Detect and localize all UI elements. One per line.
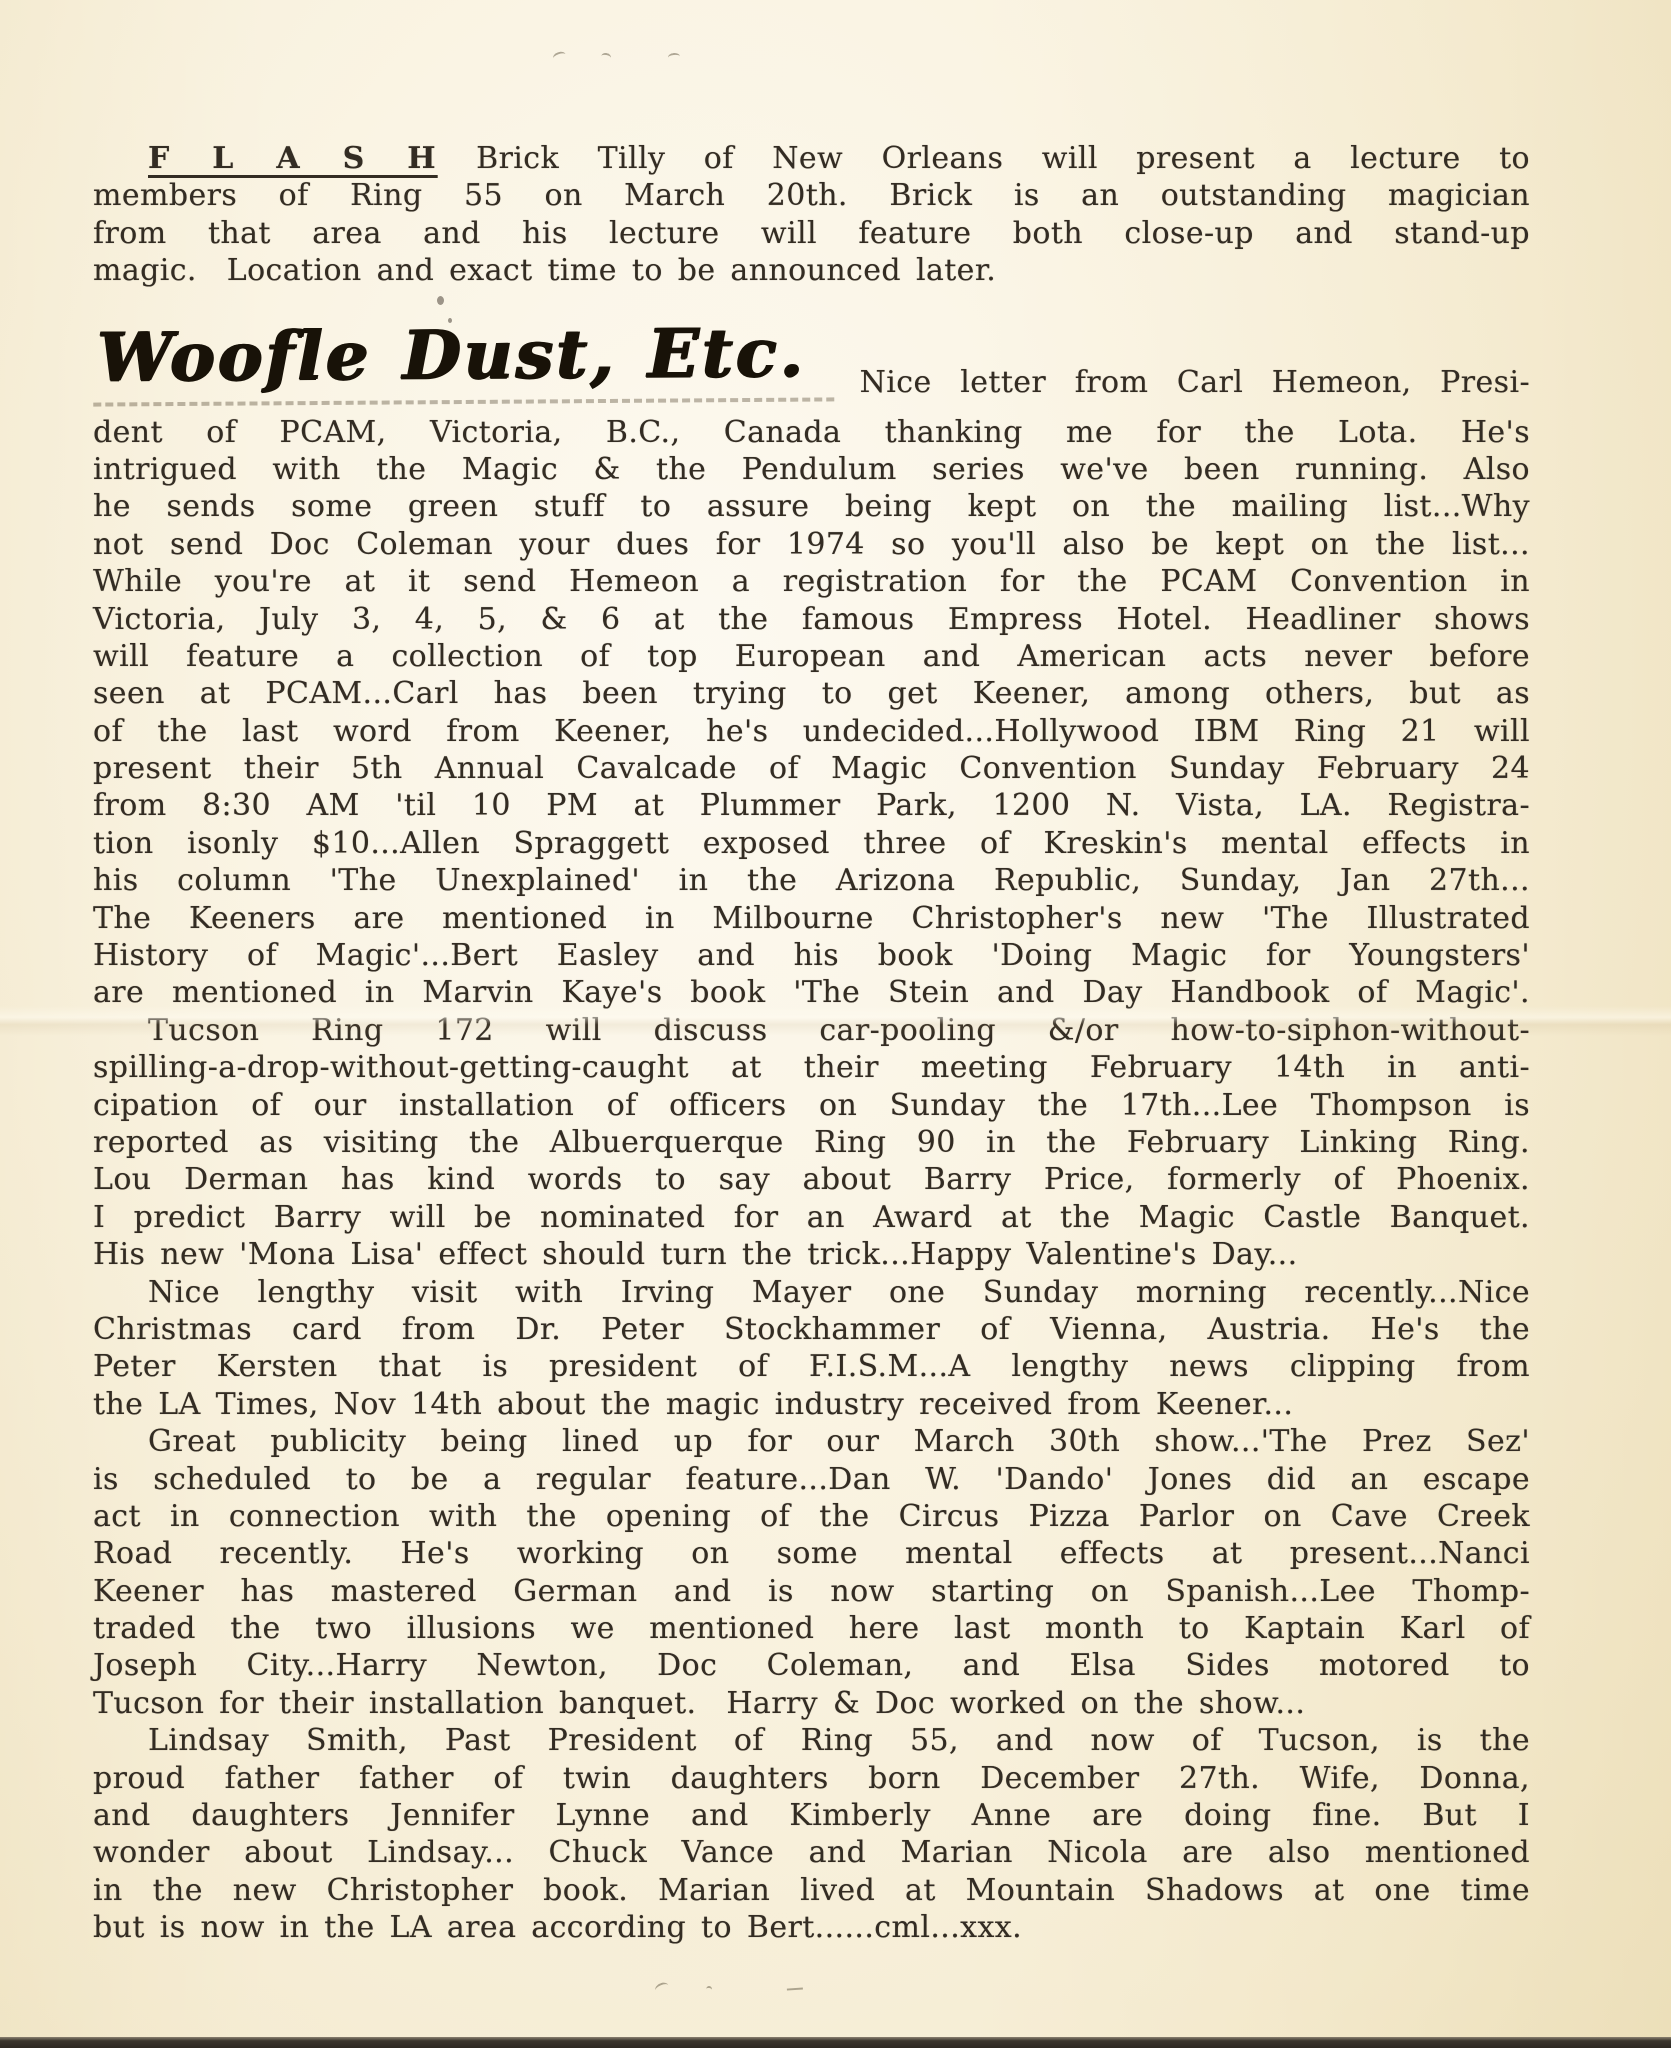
- text-line: Lindsay Smith, Past President of Ring 55…: [93, 1722, 1530, 1759]
- text-line: will feature a collection of top Europea…: [93, 638, 1530, 675]
- text-line: Lou Derman has kind words to say about B…: [93, 1161, 1530, 1198]
- text-line: I predict Barry will be nominated for an…: [93, 1199, 1530, 1236]
- page-content: F L A S H Brick Tilly of New Orleans wil…: [93, 140, 1530, 1947]
- section-heading: Woofle Dust, Etc.: [93, 318, 834, 406]
- flash-heading: F L A S H: [148, 141, 438, 176]
- flash-first-line: F L A S H Brick Tilly of New Orleans wil…: [93, 140, 1530, 177]
- text-line: traded the two illusions we mentioned he…: [93, 1610, 1530, 1647]
- text-line: his column 'The Unexplained' in the Ariz…: [93, 862, 1530, 899]
- text-line: seen at PCAM...Carl has been trying to g…: [93, 675, 1530, 712]
- text-line: in the new Christopher book. Marian live…: [93, 1872, 1530, 1909]
- text-line: magic. Location and exact time to be ann…: [93, 252, 1530, 289]
- text-line: Keener has mastered German and is now st…: [93, 1573, 1530, 1610]
- text-line: Great publicity being lined up for our M…: [93, 1423, 1530, 1460]
- text-line: Tucson for their installation banquet. H…: [93, 1685, 1530, 1722]
- text-line: The Keeners are mentioned in Milbourne C…: [93, 900, 1530, 937]
- flash-first-line-text: Brick Tilly of New Orleans will present …: [476, 141, 1530, 176]
- section-first-line: Nice letter from Carl Hemeon, Presi-: [860, 364, 1530, 403]
- text-line: present their 5th Annual Cavalcade of Ma…: [93, 750, 1530, 787]
- text-line: but is now in the LA area according to B…: [93, 1909, 1530, 1946]
- text-line: of the last word from Keener, he's undec…: [93, 713, 1530, 750]
- pencil-mark-bottom: [655, 1978, 803, 1997]
- text-line: His new 'Mona Lisa' effect should turn t…: [93, 1236, 1530, 1273]
- paragraph-1: dent of PCAM, Victoria, B.C., Canada tha…: [93, 414, 1530, 1012]
- text-line: cipation of our installation of officers…: [93, 1087, 1530, 1124]
- text-line: are mentioned in Marvin Kaye's book 'The…: [93, 974, 1530, 1011]
- text-line: While you're at it send Hemeon a registr…: [93, 563, 1530, 600]
- pencil-mark-top: [553, 46, 680, 65]
- text-line: reported as visiting the Albuerquerque R…: [93, 1124, 1530, 1161]
- text-line: intrigued with the Magic & the Pendulum …: [93, 451, 1530, 488]
- section-heading-row: Woofle Dust, Etc. Nice letter from Carl …: [93, 308, 1530, 404]
- text-line: the LA Times, Nov 14th about the magic i…: [93, 1386, 1530, 1423]
- text-line: Joseph City...Harry Newton, Doc Coleman,…: [93, 1647, 1530, 1684]
- text-line: dent of PCAM, Victoria, B.C., Canada tha…: [93, 414, 1530, 451]
- newsletter-page: F L A S H Brick Tilly of New Orleans wil…: [0, 0, 1671, 2048]
- flash-paragraph: F L A S H Brick Tilly of New Orleans wil…: [93, 140, 1530, 290]
- paragraph-4: Great publicity being lined up for our M…: [93, 1423, 1530, 1722]
- text-line: tion isonly $10...Allen Spraggett expose…: [93, 825, 1530, 862]
- text-line: from that area and his lecture will feat…: [93, 215, 1530, 252]
- text-line: and daughters Jennifer Lynne and Kimberl…: [93, 1797, 1530, 1834]
- text-line: Tucson Ring 172 will discuss car-pooling…: [93, 1012, 1530, 1049]
- text-line: act in connection with the opening of th…: [93, 1498, 1530, 1535]
- text-line: proud father father of twin daughters bo…: [93, 1760, 1530, 1797]
- paragraph-5: Lindsay Smith, Past President of Ring 55…: [93, 1722, 1530, 1946]
- paragraph-2: Tucson Ring 172 will discuss car-pooling…: [93, 1012, 1530, 1274]
- scan-bottom-edge: [0, 2037, 1671, 2048]
- text-line: History of Magic'...Bert Easley and his …: [93, 937, 1530, 974]
- text-line: Nice lengthy visit with Irving Mayer one…: [93, 1274, 1530, 1311]
- text-line: he sends some green stuff to assure bein…: [93, 488, 1530, 525]
- text-line: not send Doc Coleman your dues for 1974 …: [93, 526, 1530, 563]
- text-line: Peter Kersten that is president of F.I.S…: [93, 1348, 1530, 1385]
- text-line: wonder about Lindsay... Chuck Vance and …: [93, 1834, 1530, 1871]
- text-line: members of Ring 55 on March 20th. Brick …: [93, 177, 1530, 214]
- text-line: Victoria, July 3, 4, 5, & 6 at the famou…: [93, 601, 1530, 638]
- text-line: from 8:30 AM 'til 10 PM at Plummer Park,…: [93, 787, 1530, 824]
- flash-lines: members of Ring 55 on March 20th. Brick …: [93, 177, 1530, 289]
- paragraph-3: Nice lengthy visit with Irving Mayer one…: [93, 1274, 1530, 1424]
- text-line: Road recently. He's working on some ment…: [93, 1535, 1530, 1572]
- text-line: is scheduled to be a regular feature...D…: [93, 1461, 1530, 1498]
- text-line: Christmas card from Dr. Peter Stockhamme…: [93, 1311, 1530, 1348]
- text-line: spilling-a-drop-without-getting-caught a…: [93, 1049, 1530, 1086]
